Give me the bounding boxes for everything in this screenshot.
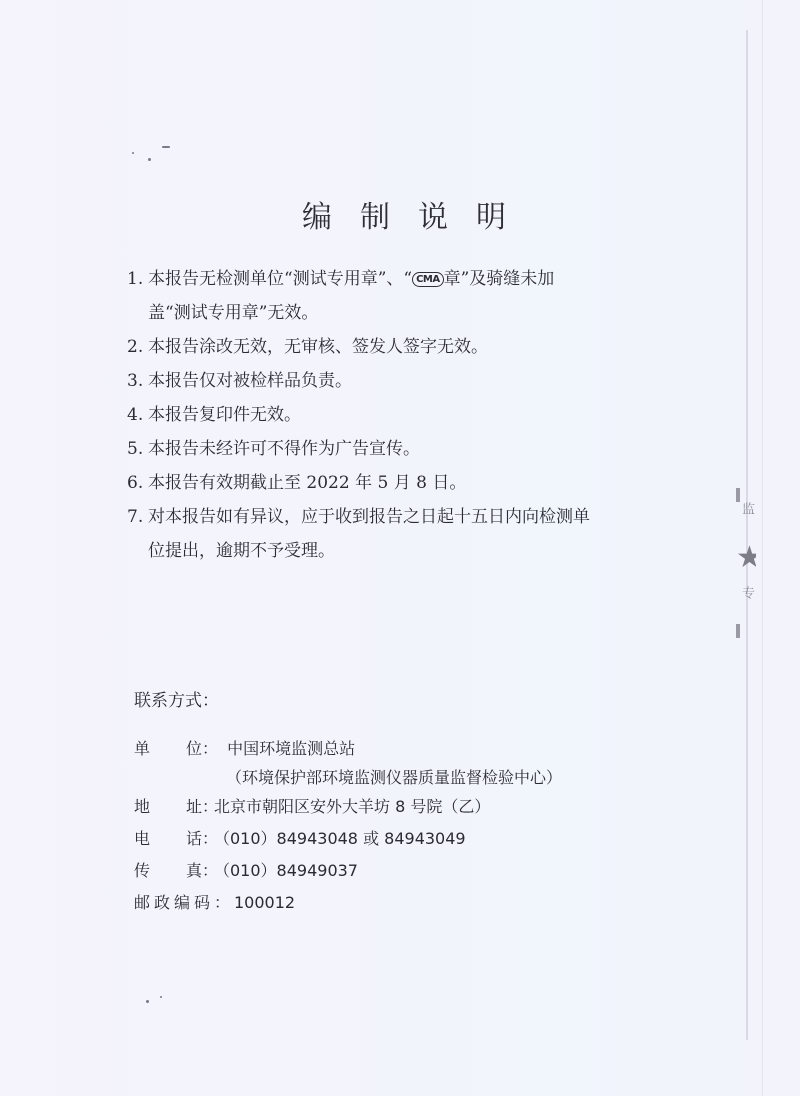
note-number: 1. [127,262,148,296]
note-number: 3. [127,364,148,398]
contact-postcode: 邮政编码：100012 [134,887,562,919]
address-value: 北京市朝阳区安外大羊坊 8 号院（乙） [214,797,490,816]
scan-speck [146,1000,149,1003]
field-label: 单 [134,733,186,765]
document-page: 编制说明 1.本报告无检测单位“测试专用章”、“CMA章”及骑缝未加 盖“测试专… [0,0,800,1096]
scan-speck [132,152,134,154]
note-text: 本报告有效期截止至 2022 年 5 月 8 日。 [148,473,466,493]
postcode-value: 100012 [234,893,295,912]
star-icon: ★ [736,538,756,578]
note-text: 章”及骑缝未加 [444,269,555,289]
field-label: 址： [186,791,214,823]
note-item-7: 7.对本报告如有异议，应于收到报告之日起十五日内向检测单 [127,500,687,534]
note-text: 本报告复印件无效。 [148,405,301,425]
scan-speck [162,146,170,148]
fax-value: （010）84949037 [214,861,358,880]
cma-logo-icon: CMA [412,272,444,287]
page-edge-line [762,0,763,1096]
contact-unit: 单位： 中国环境监测总站 [134,733,562,765]
phone-value: （010）84943048 或 84943049 [214,829,466,848]
field-label: 地 [134,791,186,823]
note-number: 7. [127,500,148,534]
contact-address: 地址：北京市朝阳区安外大羊坊 8 号院（乙） [134,791,562,823]
contact-heading: 联系方式： [134,686,219,711]
note-item-3: 3.本报告仅对被检样品负责。 [127,364,687,398]
page-title: 编制说明 [0,192,800,236]
note-item-1: 1.本报告无检测单位“测试专用章”、“CMA章”及骑缝未加 [127,262,687,296]
note-number: 2. [127,330,148,364]
contact-phone: 电话：（010）84943048 或 84943049 [134,823,562,855]
unit-value: 中国环境监测总站 [227,739,355,758]
note-item-2: 2.本报告涂改无效，无审核、签发人签字无效。 [127,330,687,364]
field-label: 电 [134,823,186,855]
note-text: 本报告无检测单位“测试专用章”、“ [148,269,412,289]
scan-speck [160,996,162,998]
note-item-6: 6.本报告有效期截止至 2022 年 5 月 8 日。 [127,466,687,500]
stamp-bracket [736,624,740,638]
field-label: 邮政编码： [134,887,234,919]
note-text: 本报告涂改无效，无审核、签发人签字无效。 [148,337,488,357]
scan-speck [148,158,151,161]
field-label: 传 [134,855,186,887]
note-number: 4. [127,398,148,432]
note-item-5: 5.本报告未经许可不得作为广告宣传。 [127,432,687,466]
field-label: 话： [186,823,214,855]
stamp-bracket [736,488,740,502]
note-number: 5. [127,432,148,466]
notes-list: 1.本报告无检测单位“测试专用章”、“CMA章”及骑缝未加 盖“测试专用章”无效… [127,262,687,568]
stamp-text: 专 [738,586,756,599]
note-number: 6. [127,466,148,500]
note-text: 本报告仅对被检样品负责。 [148,371,352,391]
note-text: 对本报告如有异议，应于收到报告之日起十五日内向检测单 [148,507,590,527]
contact-fax: 传真：（010）84949037 [134,855,562,887]
stamp-text: 监 [738,502,756,515]
field-label: 真： [186,855,214,887]
note-item-7-continuation: 位提出，逾期不予受理。 [127,534,687,568]
seam-stamp: 监 ★ 专 [736,488,756,638]
field-label: 位： [186,733,214,765]
note-item-4: 4.本报告复印件无效。 [127,398,687,432]
note-item-1-continuation: 盖“测试专用章”无效。 [127,296,687,330]
contact-unit-line2: （环境保护部环境监测仪器质量监督检验中心） [134,765,562,791]
note-text: 本报告未经许可不得作为广告宣传。 [148,439,420,459]
contact-info: 单位： 中国环境监测总站 （环境保护部环境监测仪器质量监督检验中心） 地址：北京… [134,733,562,919]
